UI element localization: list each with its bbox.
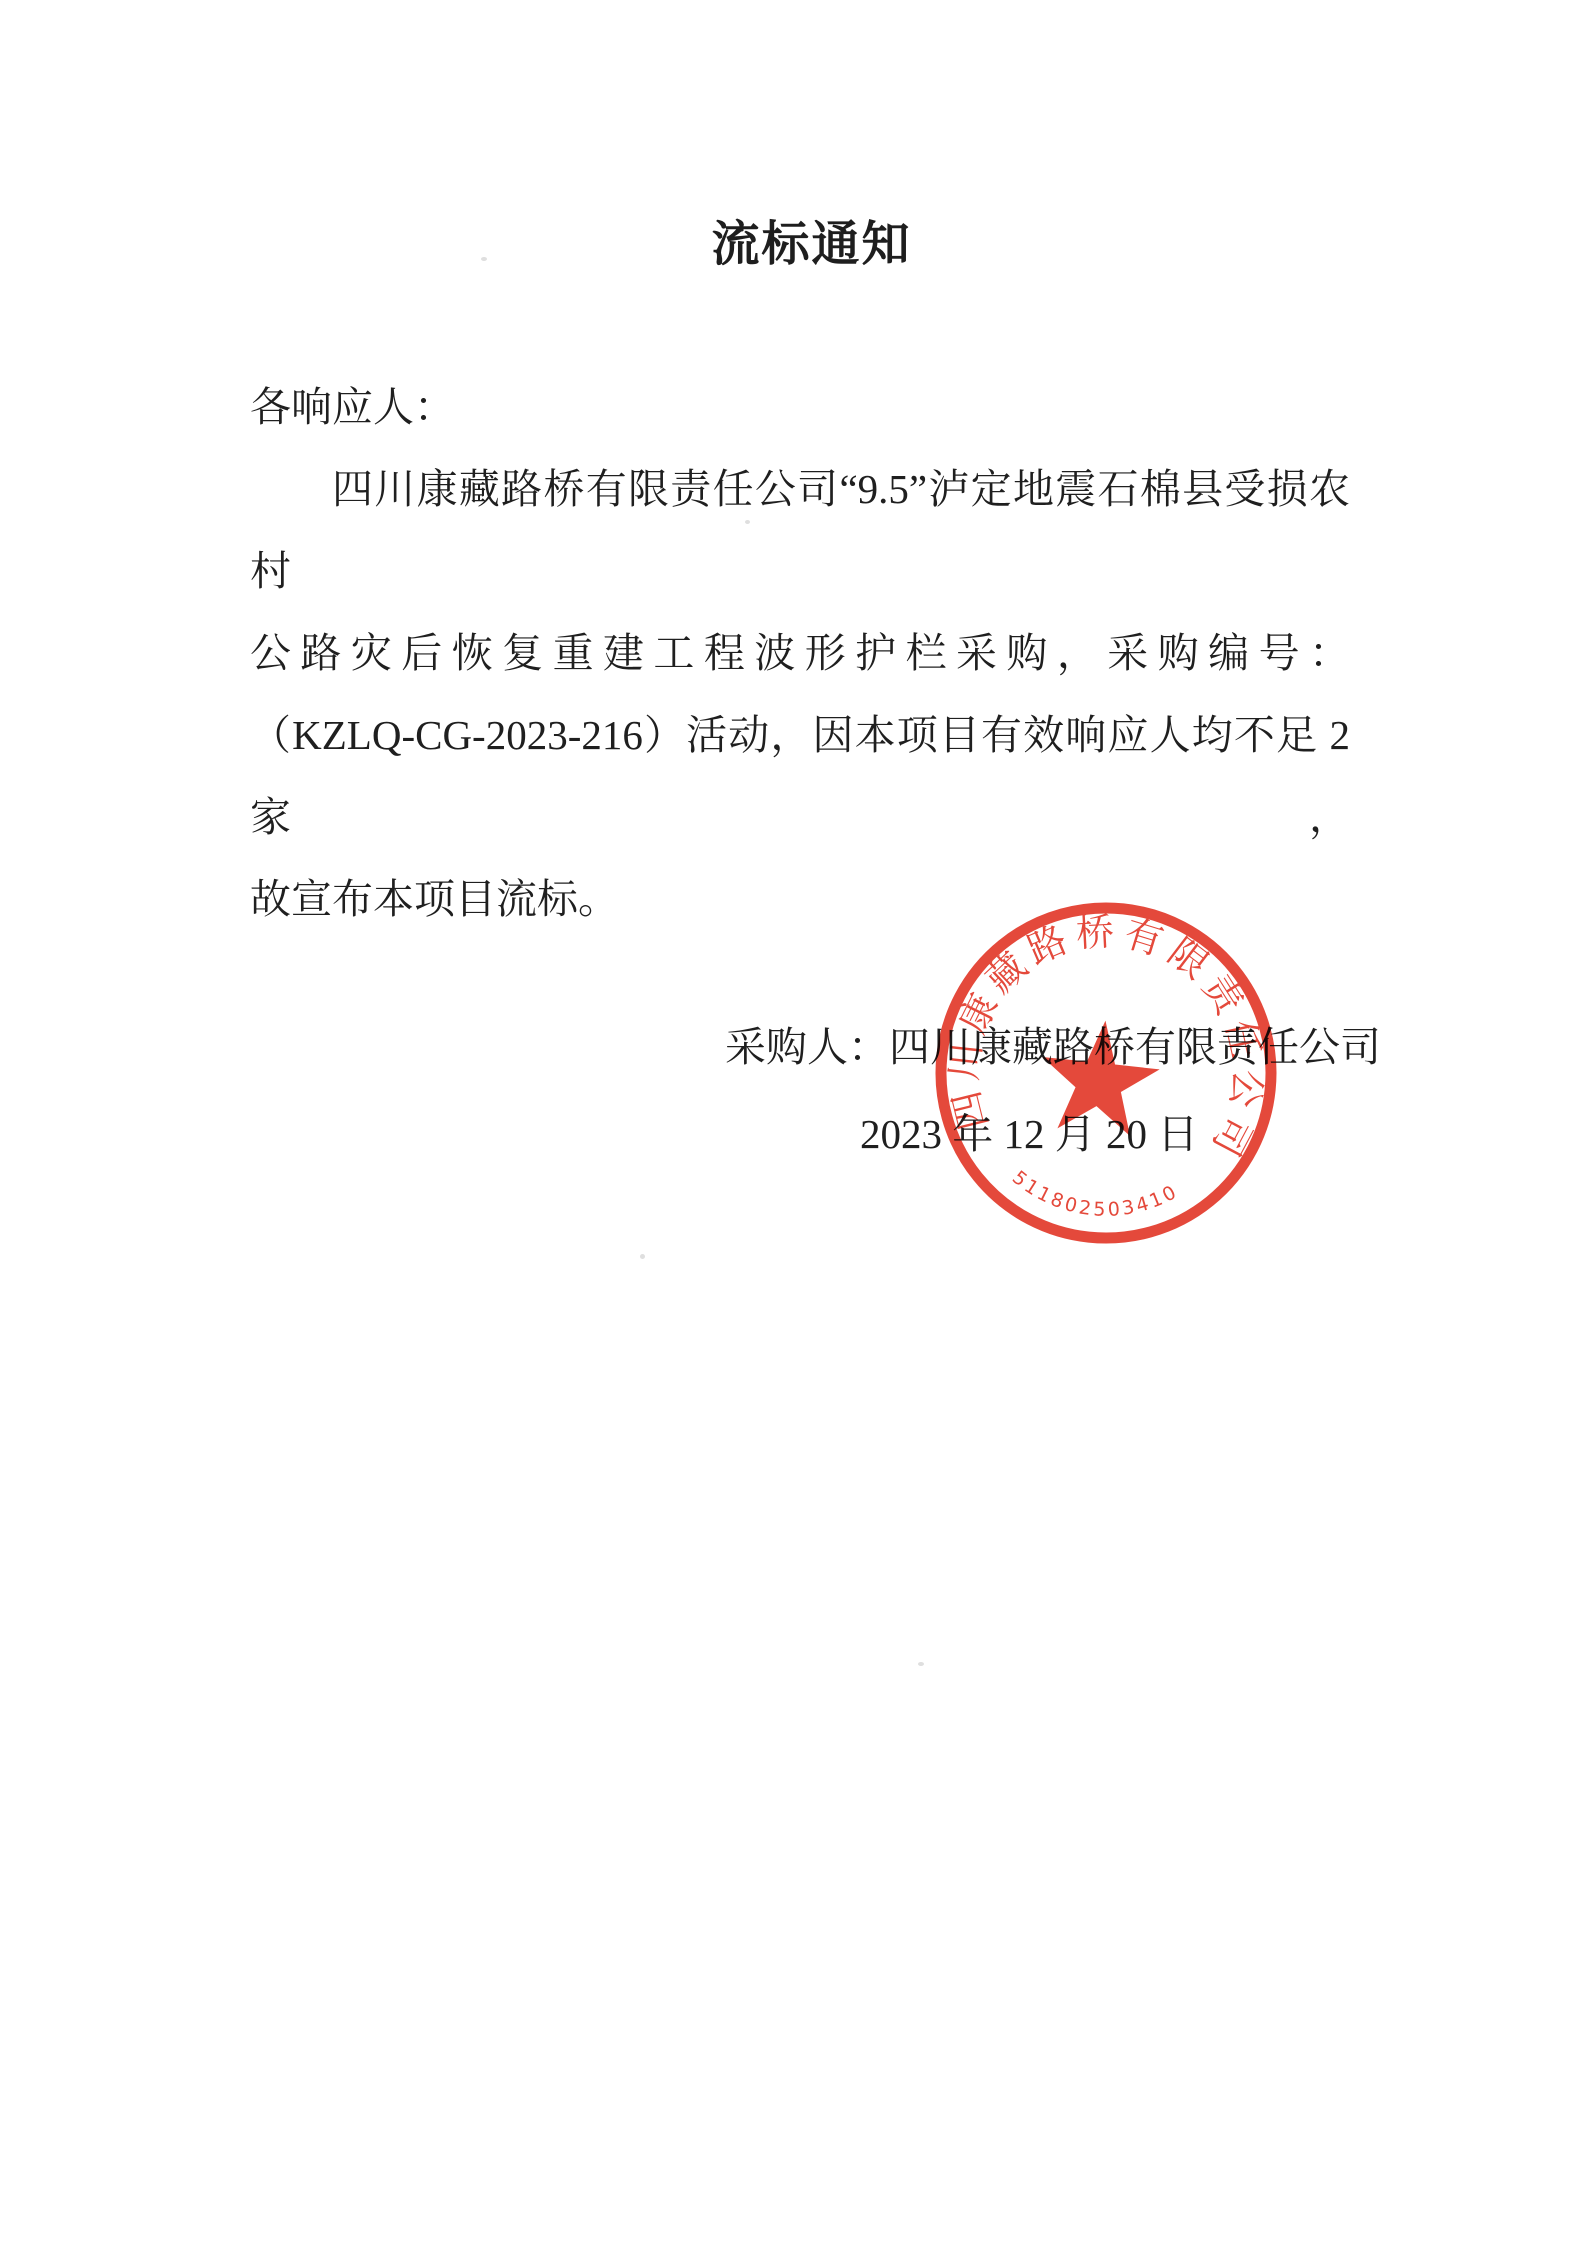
- company-seal: 四川康藏路桥有限责任公司 5118025034105: [926, 893, 1286, 1253]
- body-line-3: （KZLQ-CG-2023-216）活动，因本项目有效响应人均不足 2 家，: [250, 694, 1350, 858]
- scan-speck: [640, 1254, 645, 1259]
- document-title: 流标通知: [0, 205, 1587, 274]
- scan-speck: [918, 1662, 924, 1666]
- document-body: 各响应人： 四川康藏路桥有限责任公司“9.5”泸定地震石棉县受损农村 公路灾后恢…: [250, 366, 1350, 940]
- seal-company-name: 四川康藏路桥有限责任公司: [937, 895, 1283, 1171]
- body-line-1: 四川康藏路桥有限责任公司“9.5”泸定地震石棉县受损农村: [250, 448, 1350, 612]
- body-line-2: 公路灾后恢复重建工程波形护栏采购，采购编号：: [250, 612, 1350, 694]
- company-seal-graphic: 四川康藏路桥有限责任公司 5118025034105: [908, 875, 1304, 1271]
- seal-star-icon: [1035, 1014, 1164, 1138]
- document-page: 流标通知 各响应人： 四川康藏路桥有限责任公司“9.5”泸定地震石棉县受损农村 …: [0, 0, 1587, 2244]
- salutation: 各响应人：: [250, 366, 1350, 448]
- scan-speck: [745, 520, 750, 524]
- scan-speck: [481, 257, 487, 261]
